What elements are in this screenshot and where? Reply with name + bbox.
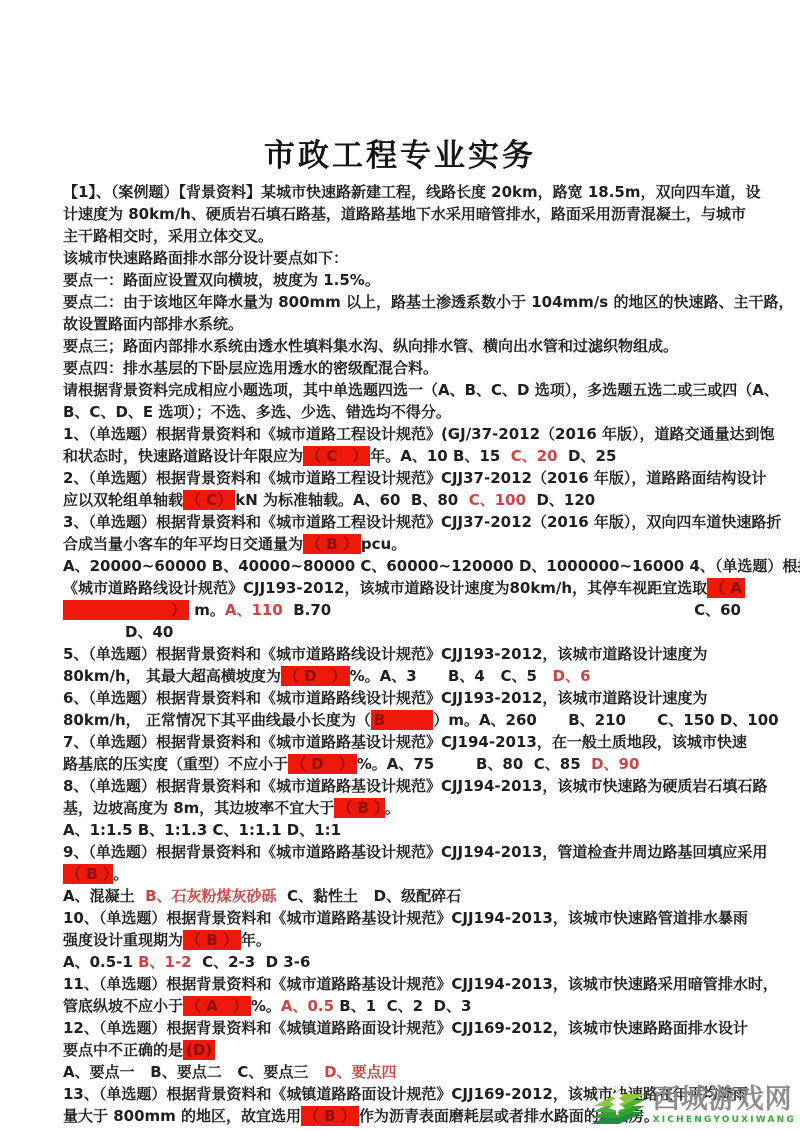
text-segment: %。 [251, 997, 281, 1015]
text-segment: 11、（单选题）根据背景资料和《城市道路路基设计规范》CJJ194-2013，该… [63, 975, 778, 993]
text-segment: pcu。 [361, 535, 406, 553]
doc-line: 80km/h， 正常情况下其平曲线最小长度为（B ）m。A、260 B、210 … [63, 709, 741, 731]
text-segment: 基，边坡高度为 8m，其边坡率不宜大于 [63, 799, 334, 817]
answer-red-text: D、6 [553, 667, 591, 685]
text-segment: 10、（单选题）根据背景资料和《城市道路路基设计规范》CJJ194-2013，该… [63, 909, 748, 927]
doc-line: 12、（单选题）根据背景资料和《城镇道路路面设计规范》CJJ169-2012，该… [63, 1017, 741, 1039]
answer-highlight: （ A [707, 578, 745, 598]
answer-red-text: B、石灰粉煤灰砂砾 [145, 887, 276, 905]
doc-line: 故设置路面内部排水系统。 [63, 313, 741, 335]
doc-line: 要点二：由于该地区年降水量为 800mm 以上，路基土渗透系数小于 104mm/… [63, 291, 741, 313]
doc-line: 管底纵坡不应小于（ A ）%。A、0.5 B、1 C、2 D、3 [63, 995, 741, 1017]
doc-line: 3、（单选题）根据背景资料和《城市道路工程设计规范》CJJ37-2012（201… [63, 511, 741, 533]
doc-line: 8、（单选题）根据背景资料和《城市道路路基设计规范》CJJ194-2013，该城… [63, 775, 741, 797]
doc-line: 要点四：排水基层的下卧层应选用透水的密级配混合料。 [63, 357, 741, 379]
text-segment: 合成当量小客车的年平均日交通量为 [63, 535, 303, 553]
text-segment: 故设置路面内部排水系统。 [63, 315, 243, 333]
text-segment: 强度设计重现期为 [63, 931, 183, 949]
doc-line: A、0.5-1 B、1-2 C、2-3 D 3-6 [63, 951, 741, 973]
document-page: 市政工程专业实务 【1】、（案例题）【背景资料】某城市快速路新建工程，线路长度 … [0, 0, 800, 1131]
doc-line: 和状态时，快速路道路设计年限应为（ C ）年。A、10 B、15 C、20 D、… [63, 445, 741, 467]
doc-line: A、要点一 B、要点二 C、要点三 D、要点四 [63, 1061, 741, 1083]
doc-line: 10、（单选题）根据背景资料和《城市道路路基设计规范》CJJ194-2013，该… [63, 907, 741, 929]
doc-line: 【1】、（案例题）【背景资料】某城市快速路新建工程，线路长度 20km，路宽 1… [63, 181, 741, 203]
doc-line: 应以双轮组单轴载（ C）kN 为标准轴载。A、60 B、80 C、100 D、1… [63, 489, 741, 511]
answer-red-text: C、100 [469, 491, 526, 509]
text-segment: 1、（单选题）根据背景资料和《城市道路工程设计规范》(GJ/37-2012（20… [63, 425, 775, 443]
text-segment: 年。 [241, 931, 271, 949]
watermark-text: 西城游戏网 XICHENGYOUXIWANG [653, 1086, 796, 1125]
text-segment: 要点三；路面内部排水系统由透水性填料集水沟、纵向排水管、横向出水管和过滤织物组成… [63, 337, 678, 355]
answer-highlight: （ D ） [281, 666, 350, 686]
answer-highlight: （ B ） [63, 864, 113, 884]
doc-line: 1、（单选题）根据背景资料和《城市道路工程设计规范》(GJ/37-2012（20… [63, 423, 741, 445]
wheat-layers-icon [589, 1083, 647, 1128]
text-segment: m。 [189, 601, 225, 619]
text-segment: %。A、75 B、80 C、85 [357, 755, 591, 773]
answer-red-text: D、要点四 [324, 1063, 396, 1081]
doc-line: 要点一：路面应设置双向横坡，坡度为 1.5%。 [63, 269, 741, 291]
text-segment: 计速度为 80km/h、硬质岩石填石路基，道路路基地下水采用暗管排水，路面采用沥… [63, 205, 746, 223]
doc-line: 主干路相交时，采用立体交叉。 [63, 225, 741, 247]
text-segment: 路基底的压实度（重型）不应小于 [63, 755, 288, 773]
answer-red-text: D、90 [591, 755, 639, 773]
text-segment: 6、（单选题）根据背景资料和《城市道路路线设计规范》CJJ193-2012，该城… [63, 689, 707, 707]
answer-highlight: （ C ） [303, 446, 370, 466]
answer-highlight: （ D ） [288, 754, 357, 774]
doc-line: 9、（单选题）根据背景资料和《城市道路路基设计规范》CJJ194-2013，管道… [63, 841, 741, 863]
page-title: 市政工程专业实务 [0, 130, 800, 175]
doc-line: ） m。A、110 B.70C、60 [63, 599, 741, 621]
doc-line: 基，边坡高度为 8m，其边坡率不宜大于（ B ）。 [63, 797, 741, 819]
text-segment: 9、（单选题）根据背景资料和《城市道路路基设计规范》CJJ194-2013，管道… [63, 843, 767, 861]
text-segment: 请根据背景资料完成相应小题选项，其中单选题四选一（A、B、C、D 选项），多选题… [63, 381, 779, 399]
text-segment: A、20000~60000 B、40000~80000 C、60000~1200… [63, 557, 800, 575]
text-segment: B、C、D、E 选项）；不选、多选、少选、错选均不得分。 [63, 403, 451, 421]
text-segment: 3、（单选题）根据背景资料和《城市道路工程设计规范》CJJ37-2012（201… [63, 513, 781, 531]
answer-highlight: （ B ） [183, 930, 241, 950]
answer-highlight: （ A ） [183, 996, 251, 1016]
doc-line: D、40 [63, 621, 741, 643]
text-segment: C、60 [694, 599, 741, 621]
text-segment: C、黏性土 D、级配碎石 [277, 887, 462, 905]
text-segment: 《城市道路路线设计规范》CJJ193-2012，该城市道路设计速度为80km/h… [63, 579, 707, 597]
doc-line: 请根据背景资料完成相应小题选项，其中单选题四选一（A、B、C、D 选项），多选题… [63, 379, 741, 401]
doc-line: A、混凝土 B、石灰粉煤灰砂砾 C、黏性土 D、级配碎石 [63, 885, 741, 907]
doc-line: A、1:1.5 B、1:1.3 C、1:1.1 D、1:1 [63, 819, 741, 841]
text-segment: 80km/h， 其最大超高横坡度为 [63, 667, 281, 685]
text-segment: C、2-3 D 3-6 [192, 953, 311, 971]
text-segment: A、混凝土 [63, 887, 145, 905]
doc-line: 合成当量小客车的年平均日交通量为（ B ）pcu。 [63, 533, 741, 555]
answer-highlight: （ C） [183, 490, 235, 510]
text-segment: A、要点一 B、要点二 C、要点三 [63, 1063, 324, 1081]
answer-highlight: B [371, 710, 433, 730]
answer-red-text: A、0.5 [281, 997, 334, 1015]
doc-line: 该城市快速路路面排水部分设计要点如下： [63, 247, 741, 269]
doc-line: 路基底的压实度（重型）不应小于（ D ）%。A、75 B、80 C、85 D、9… [63, 753, 741, 775]
watermark-site-slug: XICHENGYOUXIWANG [653, 1115, 796, 1125]
text-segment: 。 [113, 865, 128, 883]
doc-line: 11、（单选题）根据背景资料和《城市道路路基设计规范》CJJ194-2013，该… [63, 973, 741, 995]
text-segment: A、1:1.5 B、1:1.3 C、1:1.1 D、1:1 [63, 821, 341, 839]
answer-red-text: A、110 [225, 601, 283, 619]
text-segment: 要点中不正确的是 [63, 1041, 183, 1059]
doc-line: 计速度为 80km/h、硬质岩石填石路基，道路路基地下水采用暗管排水，路面采用沥… [63, 203, 741, 225]
document-body: 【1】、（案例题）【背景资料】某城市快速路新建工程，线路长度 20km，路宽 1… [63, 181, 741, 1127]
text-segment: 和状态时，快速路道路设计年限应为 [63, 447, 303, 465]
text-segment: 【1】、（案例题）【背景资料】某城市快速路新建工程，线路长度 20km，路宽 1… [63, 183, 761, 201]
doc-line: 6、（单选题）根据背景资料和《城市道路路线设计规范》CJJ193-2012，该城… [63, 687, 741, 709]
text-segment: 。 [385, 799, 400, 817]
watermark-site-name: 西城游戏网 [653, 1086, 793, 1114]
text-segment: B.70 [283, 601, 331, 619]
text-segment: 要点二：由于该地区年降水量为 800mm 以上，路基土渗透系数小于 104mm/… [63, 293, 793, 311]
doc-line: 要点中不正确的是(D) [63, 1039, 741, 1061]
text-segment: D、40 [125, 623, 173, 641]
text-segment: 年。A、10 B、15 [370, 447, 510, 465]
answer-highlight: （ B ） [303, 534, 361, 554]
doc-line: 强度设计重现期为（ B ）年。 [63, 929, 741, 951]
text-segment: D、25 [558, 447, 617, 465]
text-segment: 应以双轮组单轴载 [63, 491, 183, 509]
doc-line: 7、（单选题）根据背景资料和《城市道路路基设计规范》CJ194-2013，在一般… [63, 731, 741, 753]
doc-line: B、C、D、E 选项）；不选、多选、少选、错选均不得分。 [63, 401, 741, 423]
text-segment: 要点一：路面应设置双向横坡，坡度为 1.5%。 [63, 271, 380, 289]
answer-highlight: （ B ） [301, 1106, 359, 1126]
text-segment: 要点四：排水基层的下卧层应选用透水的密级配混合料。 [63, 359, 438, 377]
text-segment: 80km/h， 正常情况下其平曲线最小长度为（ [63, 711, 371, 729]
answer-red-text: B、1-2 [138, 953, 192, 971]
answer-red-text: C、20 [511, 447, 558, 465]
watermark: 西城游戏网 XICHENGYOUXIWANG [589, 1083, 796, 1128]
text-segment: ）m。A、260 B、210 C、150 D、100 [433, 711, 778, 729]
doc-line: 5、（单选题）根据背景资料和《城市道路路线设计规范》CJJ193-2012，该城… [63, 643, 741, 665]
text-segment: 该城市快速路路面排水部分设计要点如下： [63, 249, 348, 267]
text-segment: 主干路相交时，采用立体交叉。 [63, 227, 273, 245]
text-segment: kN 为标准轴载。A、60 B、80 [235, 491, 468, 509]
doc-line: 80km/h， 其最大超高横坡度为（ D ）%。A、3 B、4 C、5 D、6 [63, 665, 741, 687]
text-segment: 8、（单选题）根据背景资料和《城市道路路基设计规范》CJJ194-2013，该城… [63, 777, 767, 795]
answer-highlight: （ B ） [334, 798, 384, 818]
answer-highlight: ） [63, 600, 189, 620]
text-segment: 量大于 800mm 的地区，故宜选用 [63, 1107, 301, 1125]
text-segment: 管底纵坡不应小于 [63, 997, 183, 1015]
doc-line: 要点三；路面内部排水系统由透水性填料集水沟、纵向排水管、横向出水管和过滤织物组成… [63, 335, 741, 357]
doc-line: 2、（单选题）根据背景资料和《城市道路工程设计规范》CJJ37-2012（201… [63, 467, 741, 489]
text-segment: 5、（单选题）根据背景资料和《城市道路路线设计规范》CJJ193-2012，该城… [63, 645, 707, 663]
text-segment: 12、（单选题）根据背景资料和《城镇道路路面设计规范》CJJ169-2012，该… [63, 1019, 748, 1037]
answer-highlight: (D) [183, 1040, 215, 1060]
text-segment: 2、（单选题）根据背景资料和《城市道路工程设计规范》CJJ37-2012（201… [63, 469, 766, 487]
doc-line: （ B ）。 [63, 863, 741, 885]
doc-line: A、20000~60000 B、40000~80000 C、60000~1200… [63, 555, 741, 577]
text-segment: D、120 [526, 491, 595, 509]
text-segment: A、0.5-1 [63, 953, 138, 971]
text-segment: 7、（单选题）根据背景资料和《城市道路路基设计规范》CJ194-2013，在一般… [63, 733, 747, 751]
doc-line: 《城市道路路线设计规范》CJJ193-2012，该城市道路设计速度为80km/h… [63, 577, 741, 599]
text-segment: B、1 C、2 D、3 [334, 997, 471, 1015]
text-segment: %。A、3 B、4 C、5 [350, 667, 553, 685]
